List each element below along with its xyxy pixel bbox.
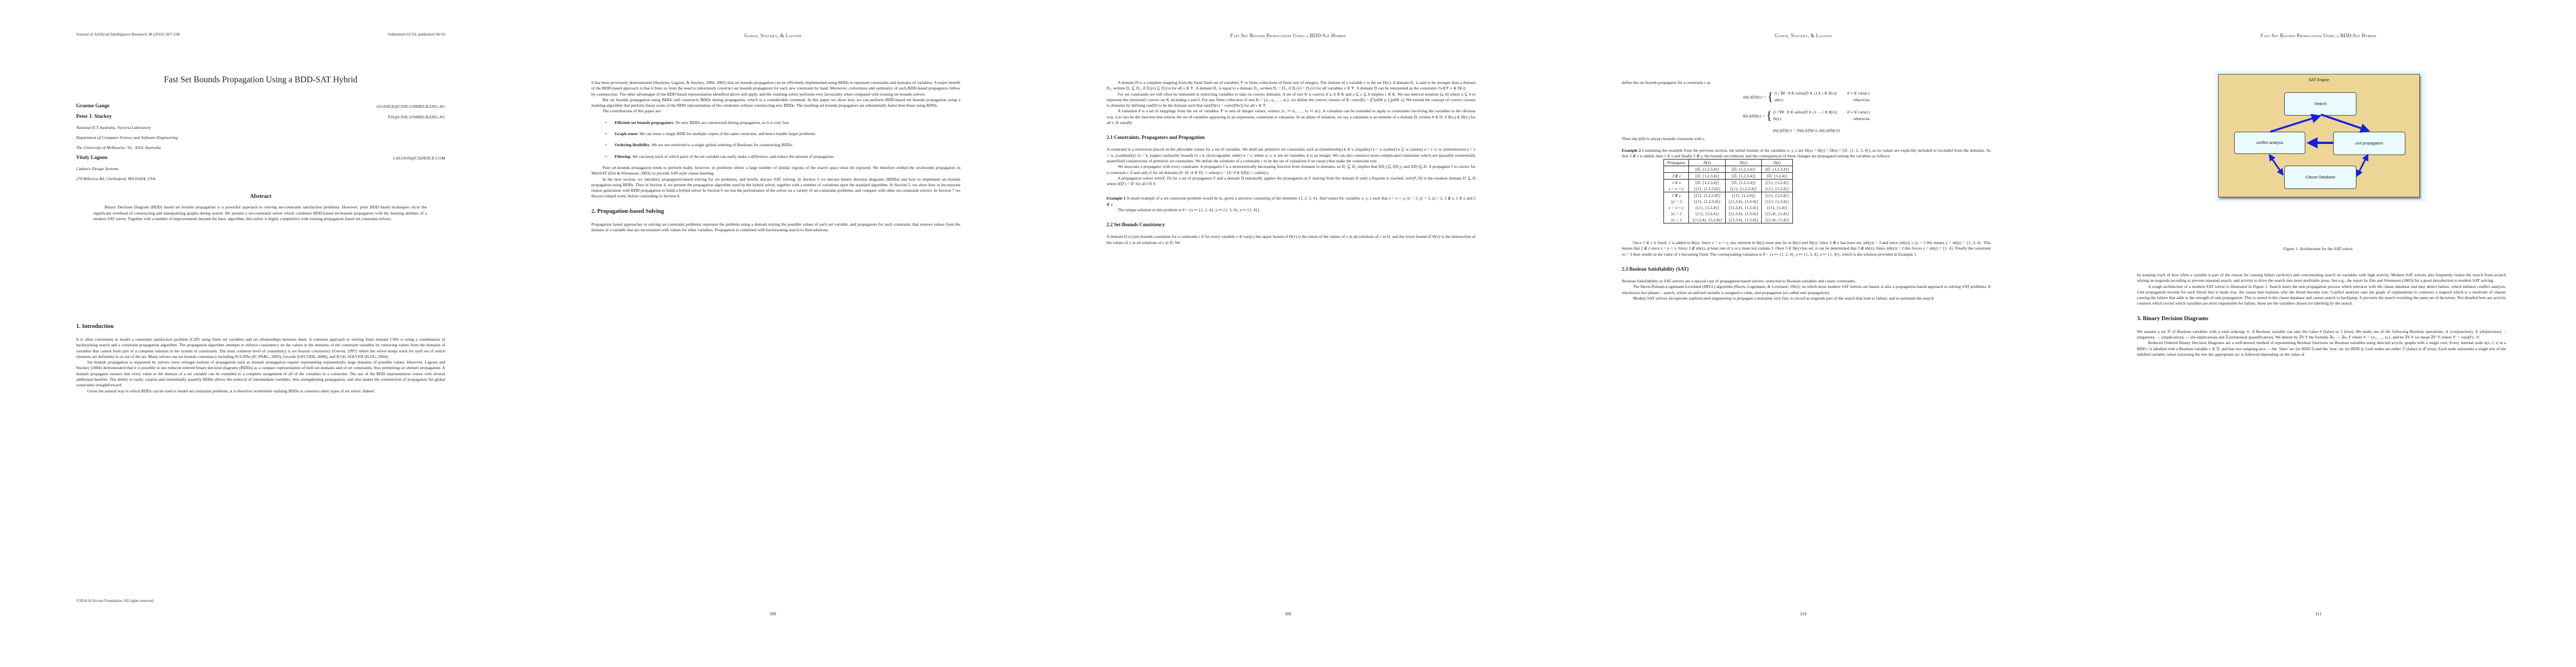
paragraph: A propagation solver solv(F, D) for a se… <box>1107 176 1476 187</box>
section-introduction: 1. Introduction It is often convenient t… <box>76 323 445 394</box>
running-head: Gange, Stuckey, & Lagoon <box>1546 33 2061 38</box>
paragraph: Reduced Ordered Binary Decision Diagrams… <box>2137 340 2506 357</box>
paragraph: In the next section, we introduce propag… <box>591 177 960 200</box>
equation-ub: ub(c)(D)(v) = { {i | ∃θ · θ ∈ solns(D ∧ … <box>1622 90 1991 103</box>
list-item: Graph reuse: We can reuse a single BDD f… <box>605 131 960 137</box>
abstract: Binary Decision Diagram (BDD) based set … <box>93 205 427 222</box>
table-row: 2 ∉ y[{1}, {1,2,3,4}][{1}, {1,3,4}][{1},… <box>1664 192 1793 199</box>
author-stuckey: Peter J. Stuckey PJS@CSSE.UNIMELB.EDU.AU <box>76 114 445 120</box>
text-column: by keeping track of how often a variable… <box>2137 272 2506 357</box>
submission-dates: Submitted 01/10; published 06/10 <box>388 32 445 37</box>
list-item: Filtering: We can keep track of which pa… <box>605 154 960 160</box>
affiliation-line: 270 Billerica Rd, Chelmsford, MA 01824, … <box>76 176 155 181</box>
paragraph: A valuation θ is a set of mappings from … <box>1107 108 1476 126</box>
page-number: 310 <box>1546 611 2061 616</box>
example-1: Example 1 A small example of a set-const… <box>1107 196 1476 207</box>
paragraph: It is often convenient to model a constr… <box>76 337 445 360</box>
abstract-heading: Abstract <box>76 193 445 200</box>
list-item: Ordering flexibility: We are not restric… <box>605 142 960 148</box>
arrow-icon <box>2219 74 2419 197</box>
list-item: Efficient set bounds propagators: No new… <box>605 120 960 126</box>
author-email: GGANGE@CSSE.UNIMELB.EDU.AU <box>377 104 445 109</box>
paragraph: For set constraints we will often be int… <box>1107 92 1476 109</box>
copyright-notice: ©2010 AI Access Foundation. All rights r… <box>76 599 154 603</box>
author-name: Peter J. Stuckey <box>76 114 112 120</box>
example-1-solution: The unique solution to this problem is θ… <box>1107 207 1476 213</box>
table-row: z = x ∩ y[{1}, {1,2,3,4}][{1}, {1,2,3,4}… <box>1664 186 1793 192</box>
author-lagoon: Vitaly Lagoon LAGOON@CADENCE.COM <box>76 155 445 161</box>
page-number: 308 <box>515 611 1030 616</box>
section-heading: 1. Introduction <box>76 323 445 330</box>
paragraph: Propagation based approaches to solving … <box>591 222 960 233</box>
propagation-table-wrap: Propagator D(x) D(y) D(z) [∅, {1,2,3,4}]… <box>1622 159 1991 232</box>
page-number: 311 <box>2061 611 2576 616</box>
page-311: Fast Set Bounds Propagation Using a BDD-… <box>2061 0 2576 667</box>
text-column: it has been previously demonstrated (Haw… <box>591 80 960 233</box>
contributions-list: Efficient set bounds propagators: No new… <box>591 120 960 160</box>
page-310: Gange, Stuckey, & Lagoon define the set … <box>1546 0 2061 667</box>
equation-sb: sb(c)(D)(v) = [lb(c)(D)(v), ub(c)(D)(v)] <box>1622 128 1991 133</box>
running-head: Fast Set Bounds Propagation Using a BDD-… <box>1030 33 1546 38</box>
paragraph: A rough architecture of a modern SAT sol… <box>2137 284 2506 307</box>
paragraph: We assume a set ℬ of Boolean variables w… <box>2137 329 2506 341</box>
section-heading: 3. Binary Decision Diagrams <box>2137 316 2506 322</box>
affiliation-line: National ICT Australia, Victoria Laborat… <box>76 125 151 130</box>
affiliation-line: Department of Computer Science and Softw… <box>76 135 178 140</box>
paragraph: But set bounds propagation using BDDs st… <box>591 97 960 109</box>
example-2: Example 2 Continuing the example from th… <box>1622 148 1991 160</box>
sat-engine-box: SAT Engine Search conflict analysis unit… <box>2218 74 2420 197</box>
page-308: Gange, Stuckey, & Lagoon it has been pre… <box>515 0 1030 667</box>
paragraph: Boolean Satisfiability or SAT solvers ar… <box>1622 278 1991 284</box>
table-row: [∅, {1,2,3,4}][∅, {1,2,3,4}][∅, {1,2,3,4… <box>1664 166 1793 173</box>
author-email: PJS@CSSE.UNIMELB.EDU.AU <box>388 115 445 120</box>
equation-lb: lb(c)(D)(v) = { {i | ∀θ · θ ∈ solns(D ∧ … <box>1622 109 1991 122</box>
journal-citation: Journal of Artificial Intelligence Resea… <box>76 32 180 37</box>
paragraph: A domain D is (set) bounds consistent fo… <box>1107 234 1476 246</box>
paragraph: Modern SAT solvers incorporate sophistic… <box>1622 296 1991 301</box>
table-row: 1 ∈ z[∅, {1,2,3,4}][∅, {1,2,3,4}][{1}, {… <box>1664 180 1793 186</box>
column-header: D(y) <box>1725 160 1761 166</box>
table-row: |x| = 3[{1,2,4}, {1,2,4}][{1,3,4}, {1,3,… <box>1664 217 1793 223</box>
paragraph: by keeping track of how often a variable… <box>2137 272 2506 284</box>
table-row: |z| = 2[{1}, {1,2,4}][{1,3,4}, {1,3,4}][… <box>1664 211 1793 217</box>
journal-header: Journal of Artificial Intelligence Resea… <box>76 32 445 37</box>
author-email: LAGOON@CADENCE.COM <box>393 156 445 161</box>
page-number: 309 <box>1030 611 1546 616</box>
paragraph: A constraint is a restriction placed on … <box>1107 147 1476 164</box>
paragraph: it has been previously demonstrated (Haw… <box>591 80 960 97</box>
paragraph: Then sb(c)(D) is always bounds consisten… <box>1622 136 1991 142</box>
running-head: Fast Set Bounds Propagation Using a BDD-… <box>2061 33 2576 38</box>
table-row: 3 ∉ z[∅, {1,2,3,4}][∅, {1,2,3,4}][∅, {1,… <box>1664 173 1793 180</box>
section-heading: 2. Propagation-based Solving <box>591 208 960 215</box>
column-header: Propagator <box>1664 160 1689 166</box>
figure-caption: Figure 1: Architecture for the SAT solve… <box>2061 246 2576 251</box>
table-row: z = x ∩ y[{1}, {1,2,4}][{1,3,4}, {1,3,4}… <box>1664 205 1793 211</box>
text-column: define the set bounds propagator for a c… <box>1622 80 1991 301</box>
author-name: Graeme Gange <box>76 103 109 109</box>
column-header: D(z) <box>1762 160 1792 166</box>
author-name: Vitaly Lagoon <box>76 155 107 161</box>
running-head: Gange, Stuckey, & Lagoon <box>515 33 1030 38</box>
paragraph: Set bounds propagation is supported by s… <box>76 360 445 388</box>
figure-1: SAT Engine Search conflict analysis unit… <box>2215 71 2426 202</box>
text-column: A domain D is a complete mapping from th… <box>1107 80 1476 246</box>
table-row: |y| = 3[{1}, {1,2,3,4}][{1,3,4}, {1,3,4}… <box>1664 198 1793 205</box>
paper-title: Fast Set Bounds Propagation Using a BDD-… <box>76 75 445 85</box>
column-header: D(x) <box>1689 160 1725 166</box>
propagation-table: Propagator D(x) D(y) D(z) [∅, {1,2,3,4}]… <box>1663 159 1793 223</box>
paragraph: The Davis-Putnam-Logemann-Loveland (DPLL… <box>1622 284 1991 296</box>
paragraph: Once 1 ∈ z is fixed, 1 is added to lb(z)… <box>1622 240 1991 257</box>
page-309: Fast Set Bounds Propagation Using a BDD-… <box>1030 0 1546 667</box>
paragraph: Pure set-bounds propagation tends to per… <box>591 165 960 177</box>
subsection-heading: 2.2 Set Bounds Consistency <box>1107 222 1476 227</box>
table-header-row: Propagator D(x) D(y) D(z) <box>1664 160 1793 166</box>
author-gange: Graeme Gange GGANGE@CSSE.UNIMELB.EDU.AU <box>76 103 445 109</box>
subsection-heading: 2.3 Boolean Satisfiability (SAT) <box>1622 266 1991 272</box>
affiliation-line: The University of Melbourne, Vic. 3010, … <box>76 145 161 150</box>
paragraph: We associate a propagator with every con… <box>1107 164 1476 176</box>
subsection-heading: 2.1 Constraints, Propagators and Propaga… <box>1107 135 1476 140</box>
paragraph: The contributions of this paper are: <box>591 108 960 114</box>
paragraph: A domain D is a complete mapping from th… <box>1107 80 1476 92</box>
paragraph: Given the natural way in which BDDs can … <box>76 389 445 394</box>
affiliation-line: Cadence Design Systems <box>76 166 118 171</box>
paragraph: define the set bounds propagator for a c… <box>1622 80 1991 86</box>
page-307: Journal of Artificial Intelligence Resea… <box>0 0 515 667</box>
abstract-text: Binary Decision Diagram (BDD) based set … <box>93 205 427 222</box>
